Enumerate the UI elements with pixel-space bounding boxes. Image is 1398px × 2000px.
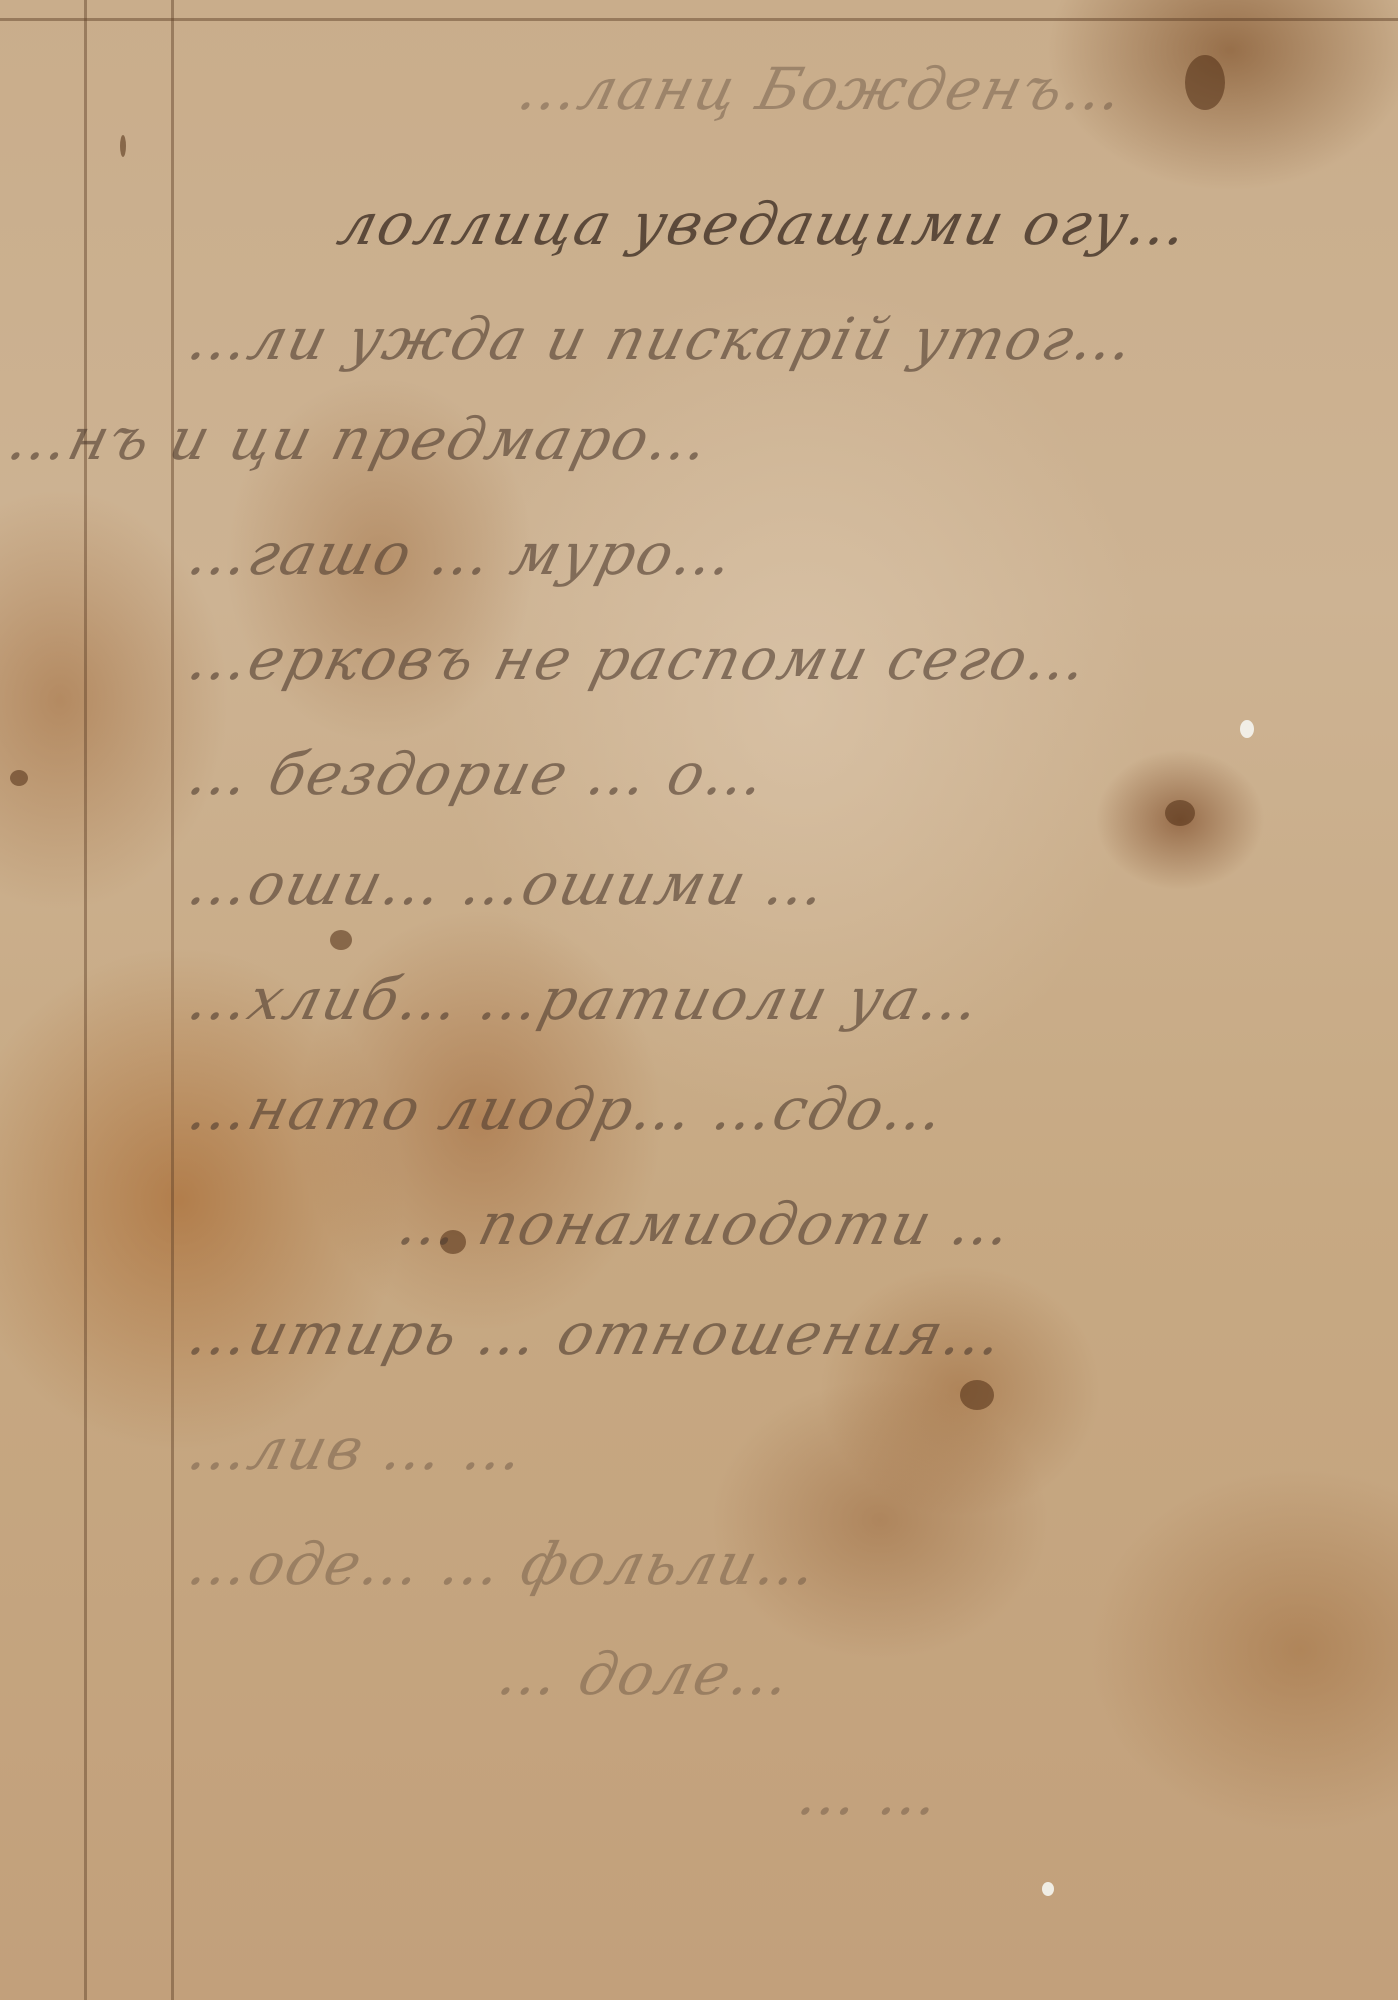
text-line: … бездорие … о… xyxy=(182,740,775,808)
text-line: …ланц Божденъ… xyxy=(512,55,1133,123)
text-line: …ли ужда и пискарій утог… xyxy=(182,305,1144,373)
text-line: лоллица уведащими огу… xyxy=(332,190,1198,258)
handwritten-text-block: …ланц Божденъ… лоллица уведащими огу… …л… xyxy=(0,0,1398,2000)
text-line: …лив … … xyxy=(182,1415,534,1483)
text-line: …ерковъ не распоми сего… xyxy=(182,625,1097,693)
text-line: …гашо … муро… xyxy=(182,520,743,588)
manuscript-page: …ланц Божденъ… лоллица уведащими огу… …л… xyxy=(0,0,1398,2000)
text-line: … … xyxy=(792,1760,949,1828)
text-line: …итирь … отношения… xyxy=(182,1300,1013,1368)
text-line: …нато лиодр… …сдо… xyxy=(182,1075,954,1143)
text-line: …хлиб… …ратиоли уа… xyxy=(182,965,990,1033)
text-line: …нъ и ци предмаро… xyxy=(2,405,719,473)
text-line: … понамиодоти … xyxy=(392,1190,1021,1258)
text-line: … доле… xyxy=(492,1640,800,1708)
text-line: …оши… …ошими … xyxy=(182,850,836,918)
text-line: …оде… … фольли… xyxy=(182,1530,827,1598)
